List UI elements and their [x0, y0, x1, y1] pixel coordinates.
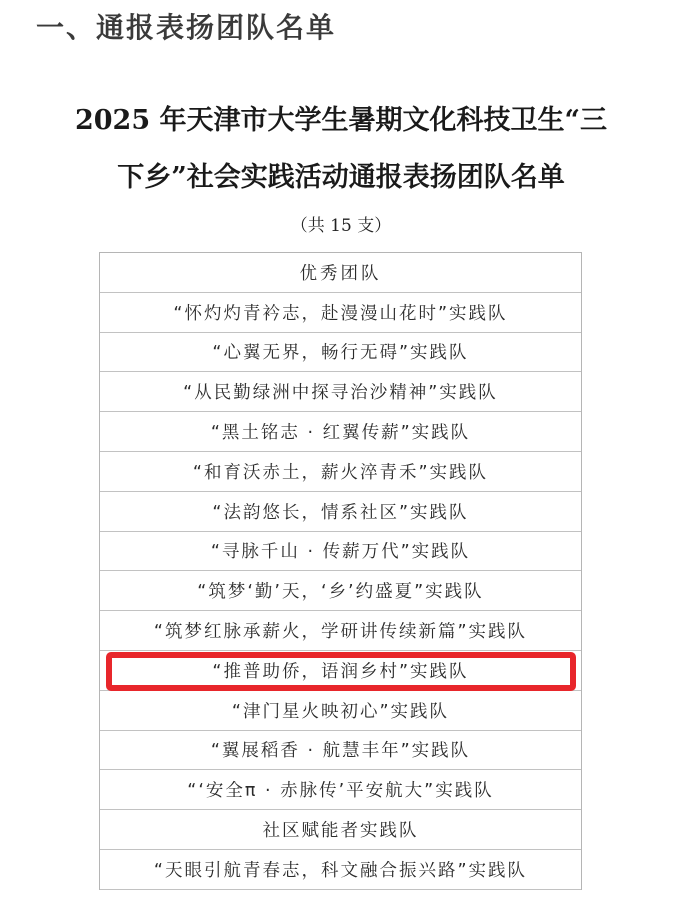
table-row: “翼展稻香 · 航慧丰年”实践队	[100, 731, 581, 771]
table-row: “怀灼灼青衿志，赴漫漫山花时”实践队	[100, 293, 581, 333]
table-row: “寻脉千山 · 传薪万代”实践队	[100, 532, 581, 572]
table-row: “从民勤绿洲中探寻治沙精神”实践队	[100, 372, 581, 412]
table-row: “筑梦红脉承薪火，学研讲传续新篇”实践队	[100, 611, 581, 651]
table-row: “筑梦‘勤’天，‘乡’约盛夏”实践队	[100, 571, 581, 611]
table-row: 社区赋能者实践队	[100, 810, 581, 850]
table-row-highlighted: “推普助侨，语润乡村”实践队	[100, 651, 581, 691]
table-row: “黑土铭志 · 红翼传薪”实践队	[100, 412, 581, 452]
table-row: “和育沃赤土，薪火淬青禾”实践队	[100, 452, 581, 492]
team-list-table: 优秀团队 “怀灼灼青衿志，赴漫漫山花时”实践队 “心翼无界，畅行无碍”实践队 “…	[99, 252, 582, 890]
section-heading: 一、通报表扬团队名单	[36, 8, 336, 48]
table-header-excellent-teams: 优秀团队	[100, 253, 581, 293]
table-row: “天眼引航青春志，科文融合振兴路”实践队	[100, 850, 581, 890]
table-row: “法韵悠长，情系社区”实践队	[100, 492, 581, 532]
table-row: “心翼无界，畅行无碍”实践队	[100, 333, 581, 373]
table-row: “津门星火映初心”实践队	[100, 691, 581, 731]
document-subtitle-count: （共 15 支）	[0, 213, 682, 239]
table-row: “‘安全π · 赤脉传’平安航大”实践队	[100, 770, 581, 810]
document-title-line-1: 2025 年天津市大学生暑期文化科技卫生“三	[0, 103, 682, 139]
document-title-line-2: 下乡”社会实践活动通报表扬团队名单	[0, 160, 682, 196]
